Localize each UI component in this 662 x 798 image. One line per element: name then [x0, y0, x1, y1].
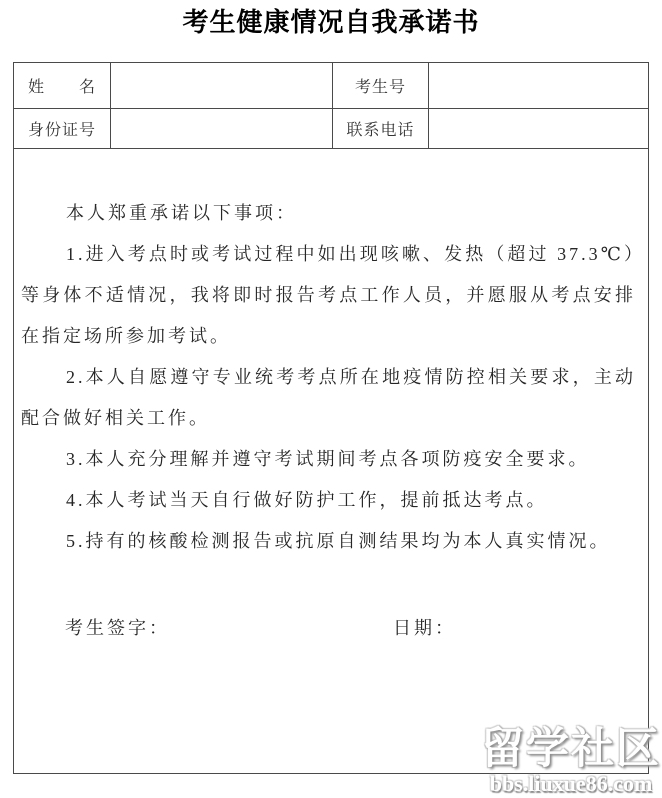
page-title: 考生健康情况自我承诺书: [0, 6, 662, 38]
pledge-intro: 本人郑重承诺以下事项：: [21, 193, 636, 234]
signature-row: 考生签字： 日期：: [21, 607, 636, 649]
watermark-url: bbs.liuxue86.com: [481, 772, 661, 795]
pledge-item-4: 4.本人考试当天自行做好防护工作，提前抵达考点。: [21, 480, 636, 521]
pledge-body-cell: 本人郑重承诺以下事项： 1.进入考点时或考试过程中如出现咳嗽、发热（超过 37.…: [14, 149, 649, 774]
form-table: 姓 名 考生号 身份证号 联系电话 本人郑重承诺以下事项： 1.进入考点时或考试…: [13, 62, 649, 774]
table-row: 本人郑重承诺以下事项： 1.进入考点时或考试过程中如出现咳嗽、发热（超过 37.…: [14, 149, 649, 774]
document-page: { "page": { "title": "考生健康情况自我承诺书" }, "f…: [0, 0, 662, 798]
name-value-cell: [111, 63, 333, 109]
pledge-item-2: 2.本人自愿遵守专业统考考点所在地疫情防控相关要求，主动配合做好相关工作。: [21, 357, 636, 439]
pledge-item-3: 3.本人充分理解并遵守考试期间考点各项防疫安全要求。: [21, 439, 636, 480]
id-card-label: 身份证号: [14, 109, 111, 149]
id-card-value-cell: [111, 109, 333, 149]
signature-label: 考生签字：: [65, 607, 170, 649]
phone-value-cell: [429, 109, 649, 149]
name-label: 姓 名: [14, 63, 111, 109]
table-row: 姓 名 考生号: [14, 63, 649, 109]
candidate-number-label: 考生号: [333, 63, 429, 109]
pledge-item-1: 1.进入考点时或考试过程中如出现咳嗽、发热（超过 37.3℃）等身体不适情况，我…: [21, 234, 636, 357]
phone-label: 联系电话: [333, 109, 429, 149]
pledge-item-5: 5.持有的核酸检测报告或抗原自测结果均为本人真实情况。: [21, 521, 636, 562]
date-label: 日期：: [393, 607, 456, 649]
candidate-number-value-cell: [429, 63, 649, 109]
table-row: 身份证号 联系电话: [14, 109, 649, 149]
